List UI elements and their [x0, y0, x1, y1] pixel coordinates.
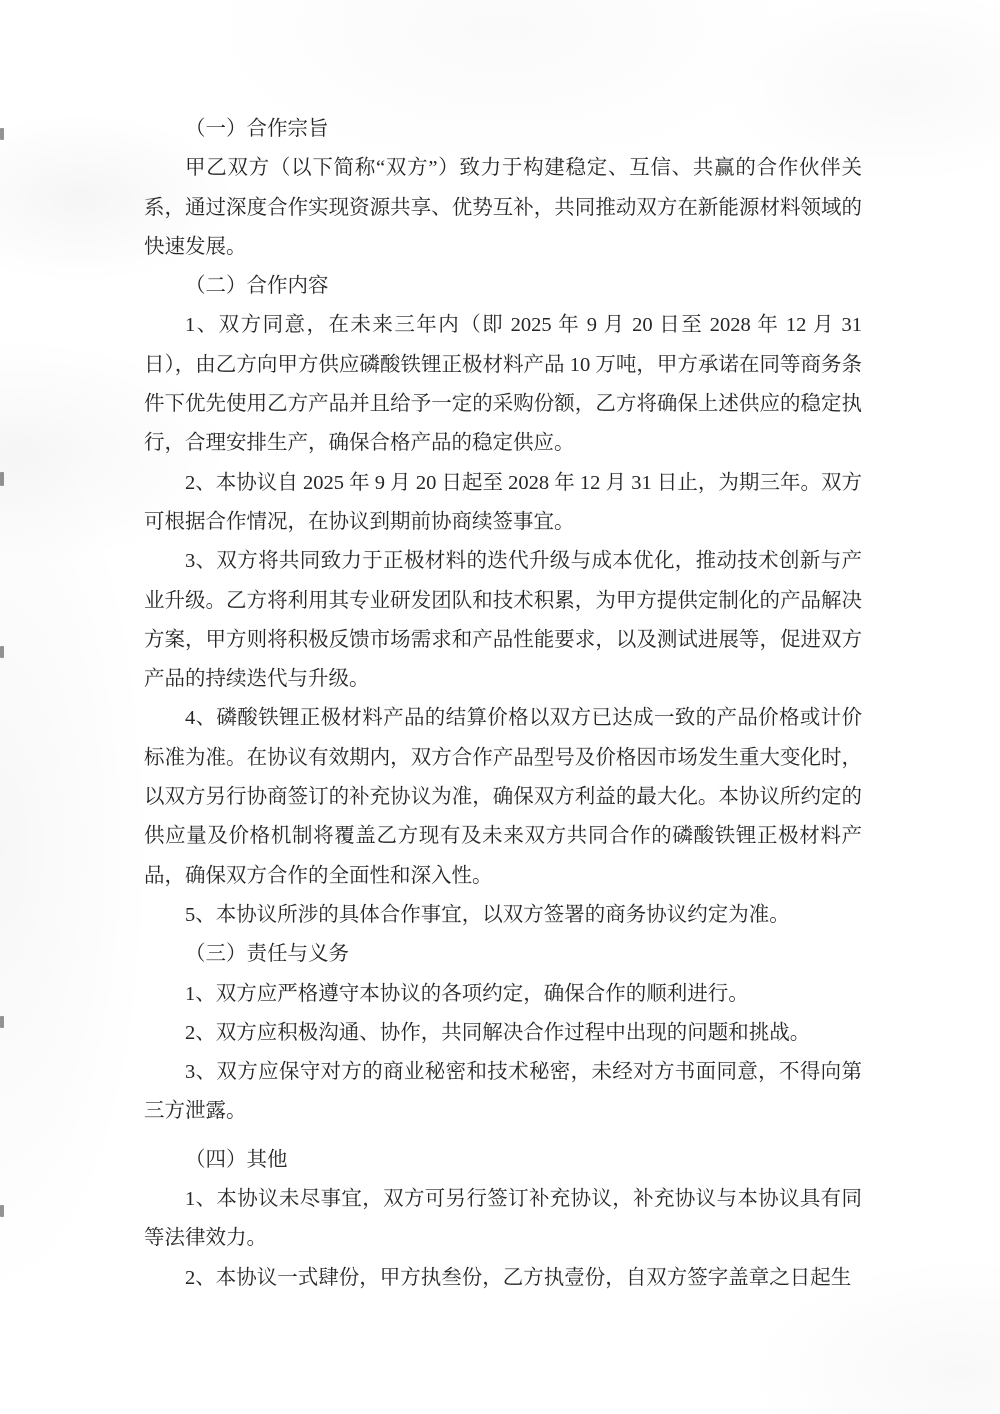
paragraph: 1、双方应严格遵守本协议的各项约定，确保合作的顺利进行。 — [144, 975, 862, 1014]
paragraph: 甲乙双方（以下简称“双方”）致力于构建稳定、互信、共赢的合作伙伴关系，通过深度合… — [144, 149, 862, 267]
scan-edge-artifact — [0, 128, 4, 140]
section-heading: （三）责任与义务 — [144, 935, 862, 974]
paragraph: 3、双方应保守对方的商业秘密和技术秘密，未经对方书面同意，不得向第三方泄露。 — [144, 1053, 862, 1132]
paragraph: 5、本协议所涉的具体合作事宜，以双方签署的商务协议约定为准。 — [144, 896, 862, 935]
section-heading: （四）其他 — [144, 1141, 862, 1180]
scan-edge-artifact — [0, 646, 4, 658]
paragraph: 1、双方同意，在未来三年内（即 2025 年 9 月 20 日至 2028 年 … — [144, 306, 862, 463]
section-heading: （一）合作宗旨 — [144, 110, 862, 149]
document-page: （一）合作宗旨甲乙双方（以下简称“双方”）致力于构建稳定、互信、共赢的合作伙伴关… — [0, 0, 1000, 1414]
scan-edge-artifact — [0, 1205, 4, 1217]
section-heading: （二）合作内容 — [144, 267, 862, 306]
scan-edge-artifact — [0, 472, 4, 486]
paragraph: 1、本协议未尽事宜，双方可另行签订补充协议，补充协议与本协议具有同等法律效力。 — [144, 1180, 862, 1259]
paragraph: 2、本协议一式肆份，甲方执叁份，乙方执壹份，自双方签字盖章之日起生 — [144, 1259, 862, 1298]
paragraph: 2、本协议自 2025 年 9 月 20 日起至 2028 年 12 月 31 … — [144, 464, 862, 543]
scan-edge-artifact — [0, 1016, 4, 1028]
contract-text-body: （一）合作宗旨甲乙双方（以下简称“双方”）致力于构建稳定、互信、共赢的合作伙伴关… — [144, 110, 862, 1298]
paragraph: 4、磷酸铁锂正极材料产品的结算价格以双方已达成一致的产品价格或计价标准为准。在协… — [144, 699, 862, 895]
paragraph: 2、双方应积极沟通、协作，共同解决合作过程中出现的问题和挑战。 — [144, 1014, 862, 1053]
paragraph: 3、双方将共同致力于正极材料的迭代升级与成本优化，推动技术创新与产业升级。乙方将… — [144, 542, 862, 699]
